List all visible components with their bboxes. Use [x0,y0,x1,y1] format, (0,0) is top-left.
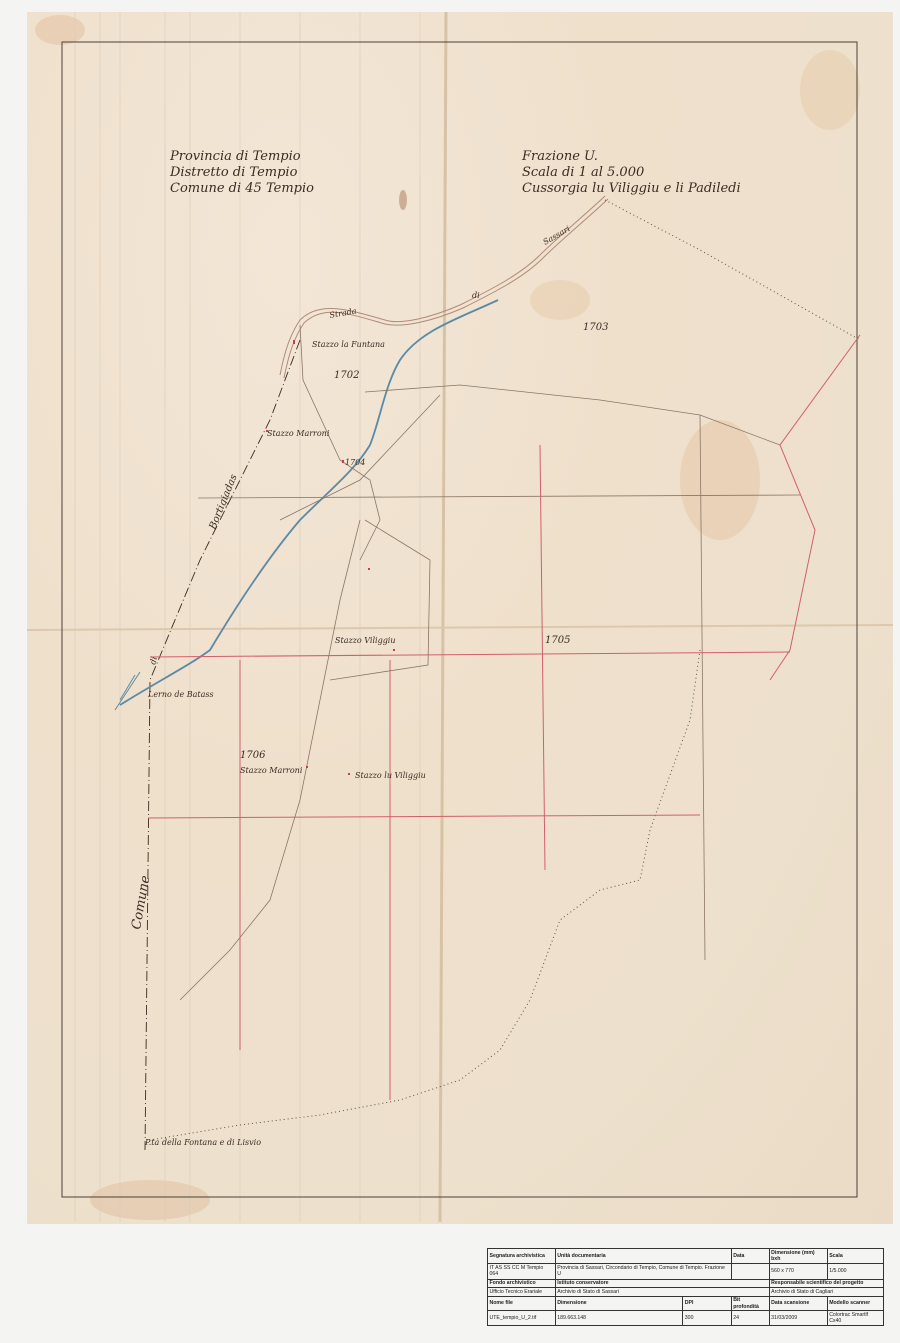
svg-text:Frazione U.: Frazione U. [521,149,598,164]
cadastral-map-drawing: Provincia di Tempio Distretto di Tempio … [27,12,893,1224]
value-dimensione: 189.663.148 [555,1311,683,1326]
header-nome-file: Nome file [488,1296,556,1311]
svg-text:Scala di 1 al 5.000: Scala di 1 al 5.000 [522,165,644,180]
value-data-scansione: 31/03/2009 [769,1311,827,1326]
value-segnatura: IT AS SS CC M Tempio 064 [488,1263,556,1279]
dotted-boundary [150,200,860,1140]
header-fondo: Fondo archivistico [488,1279,556,1287]
value-data [731,1263,769,1279]
svg-text:Lerno de Batass: Lerno de Batass [147,690,214,699]
svg-text:1705: 1705 [545,635,570,646]
svg-text:1702: 1702 [334,370,359,381]
header-dimensione: Dimensione [555,1296,683,1311]
value-unita: Provincia di Sassari, Circondario di Tem… [555,1263,731,1279]
map-frame [62,42,857,1197]
svg-text:Comune: Comune [129,874,153,931]
map-sheet: Provincia di Tempio Distretto di Tempio … [27,12,893,1224]
header-bit: Bit profondità [731,1296,769,1311]
svg-text:Provincia di Tempio: Provincia di Tempio [169,149,301,164]
title-right: Frazione U. Scala di 1 al 5.000 Cussorgi… [521,149,741,196]
header-scala: Scala [827,1249,883,1264]
header-dimensione-mm: Dimensione (mm) bxh [769,1249,827,1264]
svg-text:P.ta della Fontana e di Lisvio: P.ta della Fontana e di Lisvio [144,1138,261,1147]
value-istituto: Archivio di Stato di Sassari [555,1288,769,1296]
svg-text:Stazzo la Funtana: Stazzo la Funtana [312,340,385,349]
svg-text:Cussorgia lu Viliggiu e li Pad: Cussorgia lu Viliggiu e li Padiledi [522,181,741,196]
header-data: Data [731,1249,769,1264]
header-responsabile: Responsabile scientifico del progetto [769,1279,883,1287]
svg-text:Stazzo Marroni: Stazzo Marroni [267,429,330,438]
svg-text:1706: 1706 [240,750,266,761]
value-bit: 24 [731,1311,769,1326]
value-responsabile: Archivio di Stato di Cagliari [769,1288,883,1296]
svg-text:Bortigiadas: Bortigiadas [207,473,239,532]
survey-markers [266,340,395,775]
svg-text:Stazzo Marroni: Stazzo Marroni [240,766,303,775]
value-dpi: 300 [683,1311,731,1326]
bortigiadas-boundary [145,340,300,1150]
header-segnatura: Segnatura archivistica [488,1249,556,1264]
center-fold [440,12,446,1222]
svg-text:Comune di 45 Tempio: Comune di 45 Tempio [170,181,314,196]
svg-text:Stazzo Viliggiu: Stazzo Viliggiu [335,636,396,645]
value-nome-file: UTE_tempio_U_2.tif [488,1311,556,1326]
header-data-scansione: Data scansione [769,1296,827,1311]
svg-text:Distretto di Tempio: Distretto di Tempio [169,165,298,180]
value-scala: 1/5.000 [827,1263,883,1279]
header-modello: Modello scanner [827,1296,883,1311]
svg-text:Stazzo lu Viliggiu: Stazzo lu Viliggiu [355,771,426,780]
horizontal-fold [27,625,893,630]
svg-text:di: di [472,291,480,300]
value-dimensione-mm: 560 x 770 [769,1263,827,1279]
header-istituto: Istituto conservatore [555,1279,769,1287]
svg-text:1703: 1703 [583,322,608,333]
map-labels: Strada di Sassari Stazzo la Funtana 1702… [129,224,608,1147]
title-left: Provincia di Tempio Distretto di Tempio … [169,149,314,196]
header-dpi: DPI [683,1296,731,1311]
river-fork [115,672,140,710]
archive-metadata-table: Segnatura archivistica Unità documentari… [487,1248,884,1326]
header-unita: Unità documentaria [555,1249,731,1264]
value-modello: Colortrac Smartlf Cx40 [827,1311,883,1326]
river [120,300,498,705]
value-fondo: Ufficio Tecnico Erariale [488,1288,556,1296]
svg-text:1704: 1704 [345,458,365,467]
